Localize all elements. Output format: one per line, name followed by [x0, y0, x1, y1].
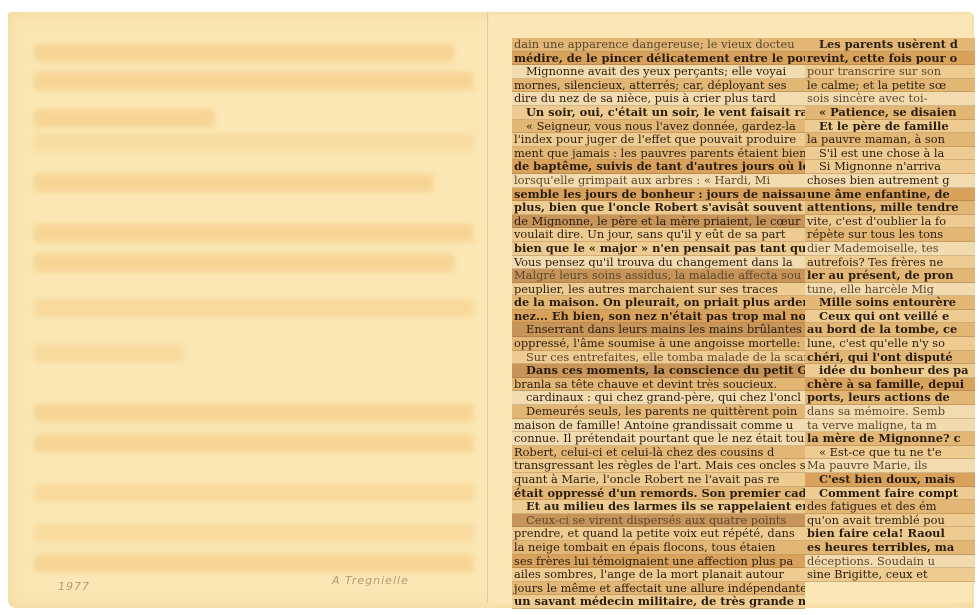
text-strip: était oppressé d'un remords. Son premier… [512, 487, 805, 501]
text-strip: connue. Il prétendait pourtant que le ne… [512, 432, 805, 446]
ghost-band [34, 344, 184, 362]
ghost-band [34, 404, 474, 422]
text-strip: pour transcrire sur son [805, 65, 975, 79]
ghost-band [34, 72, 474, 90]
text-strip: Si Mignonne n'arriva [805, 160, 975, 174]
text-strip: sois sincère avec toi- [805, 92, 975, 106]
text-strip: de la maison. On pleurait, on priait plu… [512, 296, 805, 310]
text-strip: dier Mademoiselle, tes [805, 242, 975, 256]
text-strip: chère à sa famille, depui [805, 378, 975, 392]
text-strip: transgressant les règles de l'art. Mais … [512, 459, 805, 473]
text-strip: Robert, celui-ci et celui-là chez des co… [512, 446, 805, 460]
text-strip: Les parents usèrent d [805, 38, 975, 52]
text-strip: de baptême, suivis de tant d'autres jour… [512, 160, 805, 174]
text-strip: ses frères lui témoignaient une affectio… [512, 555, 805, 569]
text-strip: jours le même et affectait une allure in… [512, 582, 805, 596]
ghost-band [34, 524, 474, 542]
text-strip: Et le père de famille [805, 120, 975, 134]
text-strip: la neige tombait en épais flocons, tous … [512, 541, 805, 555]
ghost-band [34, 134, 474, 152]
text-strip: dain une apparence dangereuse; le vieux … [512, 38, 805, 52]
text-strip: C'est bien doux, mais [805, 473, 975, 487]
text-strip: la mère de Mignonne? c [805, 432, 975, 446]
center-fold [487, 12, 489, 602]
text-strip: sine Brigitte, ceux et [805, 568, 975, 582]
text-strip: autrefois? Tes frères ne [805, 256, 975, 270]
collage-column-right: Les parents usèrent d revint, cette fois… [805, 38, 975, 582]
pencil-signature: A Tregnielle [332, 574, 409, 587]
text-strip: répète sur tous les tons [805, 228, 975, 242]
ghost-band [34, 174, 434, 192]
ghost-band [34, 254, 454, 272]
text-strip: au bord de la tombe, ce [805, 323, 975, 337]
ghost-band [34, 554, 474, 572]
text-strip: Dans ces moments, la conscience du petit… [512, 364, 805, 378]
text-strip: vite, c'est d'oublier la fo [805, 215, 975, 229]
text-strip: mornes, silencieux, atterrés; car, déplo… [512, 79, 805, 93]
text-strip: médire, de le pincer délicatement entre … [512, 52, 805, 66]
text-strip: oppressé, l'âme soumise à une angoisse m… [512, 337, 805, 351]
text-strip: idée du bonheur des pa [805, 364, 975, 378]
ghost-band [34, 484, 474, 502]
text-strip: chéri, qui l'ont disputé [805, 351, 975, 365]
text-strip: « Est-ce que tu ne t'e [805, 446, 975, 460]
text-strip: quant à Marie, l'oncle Robert ne l'avait… [512, 473, 805, 487]
ghost-band [34, 434, 474, 452]
text-strip: revint, cette fois pour o [805, 52, 975, 66]
text-strip: Enserrant dans leurs mains les mains brû… [512, 323, 805, 337]
text-strip: nez... Eh bien, son nez n'était pas trop… [512, 310, 805, 324]
ghost-band [34, 109, 214, 127]
text-strip: « Patience, se disaien [805, 106, 975, 120]
text-strip: S'il est une chose à la [805, 147, 975, 161]
text-strip: des fatigues et des ém [805, 500, 975, 514]
text-strip: dans sa mémoire. Semb [805, 405, 975, 419]
text-strip: la pauvre maman, à son [805, 133, 975, 147]
text-strip: ler au présent, de pron [805, 269, 975, 283]
text-strip: maison de famille! Antoine grandissait c… [512, 419, 805, 433]
text-strip: branla sa tête chauve et devint très sou… [512, 378, 805, 392]
text-strip: Ceux qui ont veillé e [805, 310, 975, 324]
text-strip: ports, leurs actions de [805, 391, 975, 405]
text-strip: plus, bien que l'oncle Robert s'avisât s… [512, 201, 805, 215]
text-strip: qu'on avait tremblé pou [805, 514, 975, 528]
left-page-ghost-print [10, 14, 486, 602]
text-strip: une âme enfantine, de [805, 188, 975, 202]
text-strip: Sur ces entrefaites, elle tomba malade d… [512, 351, 805, 365]
text-strip: Demeurés seuls, les parents ne quittèren… [512, 405, 805, 419]
text-strip: Malgré leurs soins assidus, la maladie a… [512, 269, 805, 283]
text-strip: voulait dire. Un jour, sans qu'il y eût … [512, 228, 805, 242]
ghost-band [34, 44, 454, 62]
text-strip: peuplier, les autres marchaient sur ses … [512, 283, 805, 297]
text-strip: le calme; et la petite sœ [805, 79, 975, 93]
text-strip: ailes sombres, l'ange de la mort planait… [512, 568, 805, 582]
text-strip: Mignonne avait des yeux perçants; elle v… [512, 65, 805, 79]
ghost-band [34, 299, 474, 317]
text-strip: choses bien autrement g [805, 174, 975, 188]
text-strip: lorsqu'elle grimpait aux arbres : « Hard… [512, 174, 805, 188]
text-strip: Ceux-ci se virent dispersés aux quatre p… [512, 514, 805, 528]
text-strip: Comment faire compt [805, 487, 975, 501]
text-strip: ment que jamais : les pauvres parents ét… [512, 147, 805, 161]
text-strip: lune, c'est qu'elle n'y so [805, 337, 975, 351]
text-strip: semble les jours de bonheur : jours de n… [512, 188, 805, 202]
text-strip: l'index pour juger de l'effet que pouvai… [512, 133, 805, 147]
text-strip: de Mignonne, le père et la mère priaient… [512, 215, 805, 229]
collage-column-left: dain une apparence dangereuse; le vieux … [512, 38, 805, 609]
text-strip: dire du nez de sa nièce, puis à crier pl… [512, 92, 805, 106]
text-strip: ta verve maligne, ta m [805, 419, 975, 433]
text-strip: déceptions. Soudain u [805, 555, 975, 569]
text-strip: prendre, et quand la petite voix eut rép… [512, 527, 805, 541]
pencil-date: 1977 [58, 580, 90, 593]
text-strip: Vous pensez qu'il trouva du changement d… [512, 256, 805, 270]
text-strip: un savant médecin militaire, de très gra… [512, 595, 805, 609]
text-strip: attentions, mille tendre [805, 201, 975, 215]
ghost-band [34, 224, 474, 242]
text-strip: tune, elle harcèle Mig [805, 283, 975, 297]
text-strip: « Seigneur, vous nous l'avez donnée, gar… [512, 120, 805, 134]
text-strip: Et au milieu des larmes ils se rappelaie… [512, 500, 805, 514]
text-strip: es heures terribles, ma [805, 541, 975, 555]
text-strip: bien faire cela! Raoul [805, 527, 975, 541]
text-strip: cardinaux : qui chez grand-père, qui che… [512, 391, 805, 405]
text-strip: Un soir, oui, c'était un soir, le vent f… [512, 106, 805, 120]
text-strip: Ma pauvre Marie, ils [805, 459, 975, 473]
newspaper-collage: dain une apparence dangereuse; le vieux … [512, 38, 974, 581]
text-strip: Mille soins entourère [805, 296, 975, 310]
text-strip: bien que le « major » n'en pensait pas t… [512, 242, 805, 256]
